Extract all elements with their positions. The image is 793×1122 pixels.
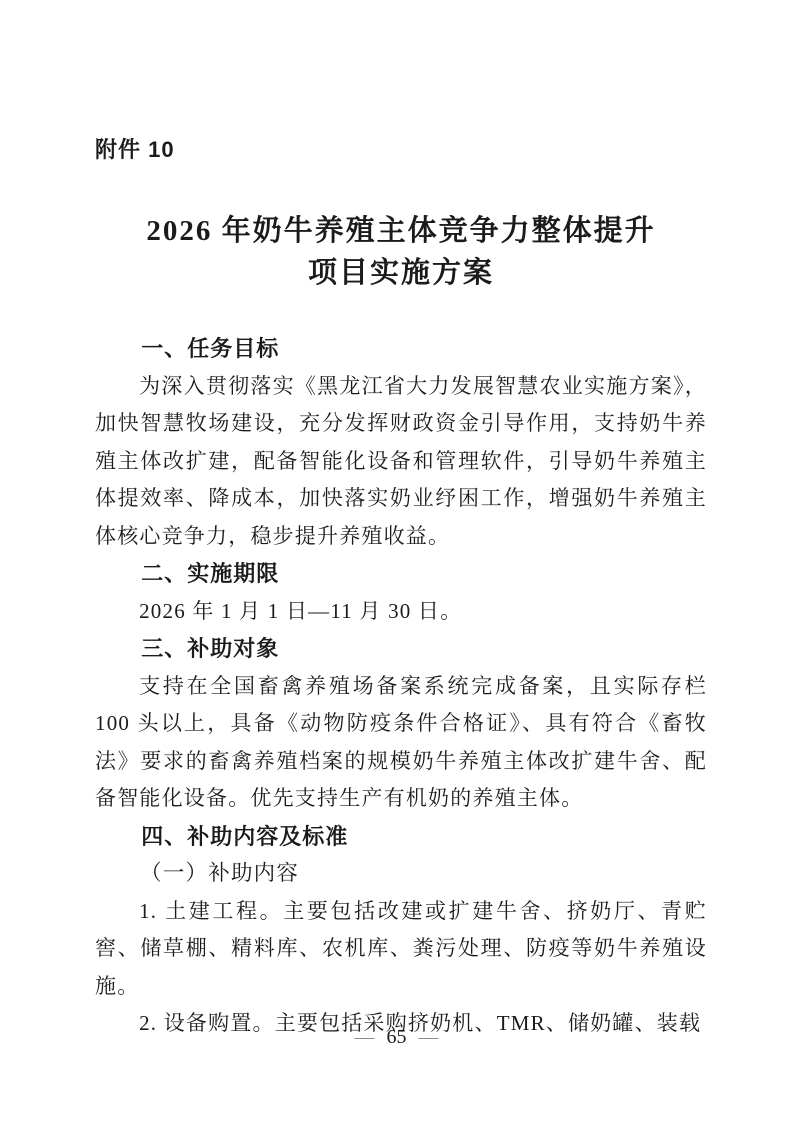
section-heading-4-subsidy-content-standards: 四、补助内容及标准 (95, 818, 707, 856)
footer-page-number: 65 (387, 1026, 407, 1048)
document-title-line-2: 项目实施方案 (95, 252, 707, 294)
page-footer: —65— (0, 1022, 793, 1052)
paragraph-subsidy-targets: 支持在全国畜禽养殖场备案系统完成备案，且实际存栏 100 头以上，具备《动物防疫… (95, 668, 707, 818)
paragraph-task-goals: 为深入贯彻落实《黑龙江省大力发展智慧农业实施方案》，加快智慧牧场建设，充分发挥财… (95, 368, 707, 556)
footer-dash-left: — (355, 1026, 375, 1048)
document-body: 一、任务目标 为深入贯彻落实《黑龙江省大力发展智慧农业实施方案》，加快智慧牧场建… (95, 330, 707, 1043)
section-heading-1-task-goals: 一、任务目标 (95, 330, 707, 368)
paragraph-implementation-period: 2026 年 1 月 1 日—11 月 30 日。 (95, 593, 707, 631)
document-title-line-1: 2026 年奶牛养殖主体竞争力整体提升 (95, 210, 707, 252)
attachment-label: 附件 10 (95, 134, 707, 166)
paragraph-item-1-construction: 1. 土建工程。主要包括改建或扩建牛舍、挤奶厅、青贮窖、储草棚、精料库、农机库、… (95, 893, 707, 1006)
footer-dash-right: — (419, 1026, 439, 1048)
section-heading-3-subsidy-targets: 三、补助对象 (95, 630, 707, 668)
sub-heading-subsidy-content: （一）补助内容 (95, 855, 707, 893)
document-page: 附件 10 2026 年奶牛养殖主体竞争力整体提升 项目实施方案 一、任务目标 … (0, 0, 793, 1122)
section-heading-2-implementation-period: 二、实施期限 (95, 555, 707, 593)
document-title: 2026 年奶牛养殖主体竞争力整体提升 项目实施方案 (95, 210, 707, 294)
